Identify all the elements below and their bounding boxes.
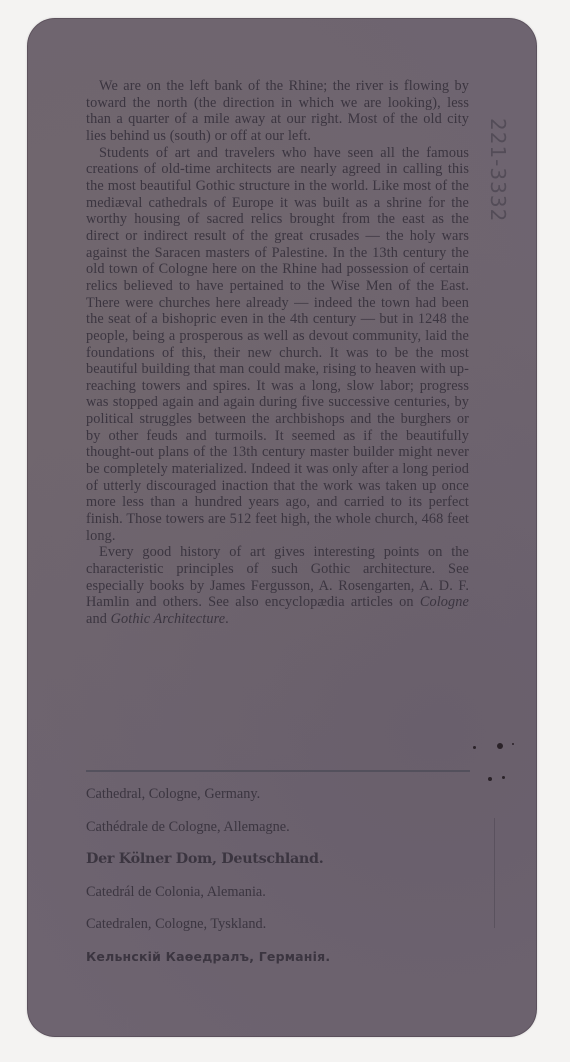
ink-spot [488,777,492,781]
title-russian: Кельнскій Каѳедралъ, Германія. [86,949,330,970]
paragraph-references: Every good history of art gives interest… [86,544,469,627]
references-end: . [225,611,229,627]
title-german: Der Kölner Dom, Deutschland. [86,851,330,872]
description-text: We are on the left bank of the Rhine; th… [86,78,469,628]
title-swedish: Catedralen, Cologne, Tyskland. [86,916,330,937]
ink-spot [512,743,514,745]
margin-crease [494,818,495,928]
multilingual-titles: Cathedral, Cologne, Germany. Cathédrale … [86,786,330,981]
title-spanish: Catedrál de Colonia, Alemania. [86,884,330,905]
reference-cologne: Cologne [420,594,469,610]
stereoview-card-back: We are on the left bank of the Rhine; th… [27,18,537,1037]
title-french: Cathédrale de Cologne, Allemagne. [86,819,330,840]
divider-rule [86,770,470,772]
references-joiner: and [86,611,111,627]
title-english: Cathedral, Cologne, Germany. [86,786,330,807]
ink-spot [497,743,503,749]
reference-gothic-architecture: Gothic Architecture [111,611,226,627]
ink-spot [473,746,476,749]
references-text: Every good history of art gives interest… [86,544,469,610]
handwritten-catalog-number: 221-3332 [486,118,510,222]
ink-spot [502,776,505,779]
paragraph-location: We are on the left bank of the Rhine; th… [86,78,469,145]
paragraph-history: Students of art and travelers who have s… [86,145,469,545]
